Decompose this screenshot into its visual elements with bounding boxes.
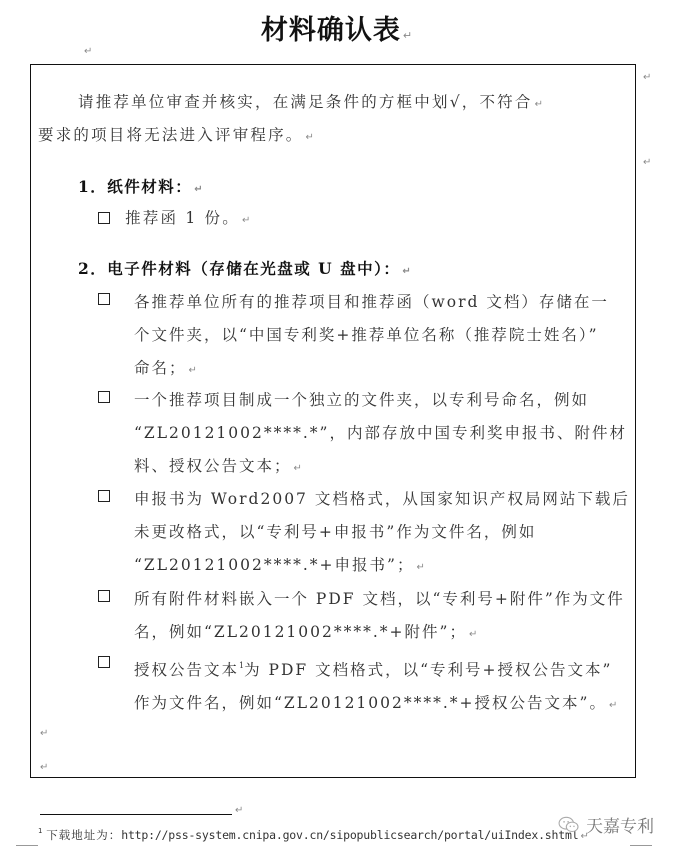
checkbox[interactable] xyxy=(98,293,110,305)
section-heading-electronic: 2．电子件材料（存储在光盘或 U 盘中）：↵ xyxy=(78,257,412,279)
wechat-icon xyxy=(558,816,580,834)
return-mark: ↵ xyxy=(40,762,48,773)
return-mark: ↵ xyxy=(643,72,651,83)
watermark-text: 天嘉专利 xyxy=(586,812,654,837)
return-mark: ↵ xyxy=(84,46,92,57)
return-mark: ↵ xyxy=(235,805,243,816)
footnote-label: 下载地址为： xyxy=(46,828,121,842)
footnote-separator xyxy=(40,814,232,815)
footnote-url[interactable]: http://pss-system.cnipa.gov.cn/sipopubli… xyxy=(121,828,578,842)
title-text: 材料确认表 xyxy=(261,15,401,46)
checkbox[interactable] xyxy=(98,590,110,602)
watermark: 天嘉专利 xyxy=(558,812,654,837)
return-mark: ↵ xyxy=(403,29,413,42)
checkbox[interactable] xyxy=(98,212,110,224)
page-edge-mark xyxy=(630,845,652,846)
intro-line-1: 请推荐单位审查并核实，在满足条件的方框中划√，不符合↵ xyxy=(78,90,545,112)
section-heading-paper: 1．纸件材料：↵ xyxy=(78,175,204,197)
checkbox[interactable] xyxy=(98,656,110,668)
page-edge-mark xyxy=(16,845,38,846)
checkbox[interactable] xyxy=(98,490,110,502)
document-title: 材料确认表↵ xyxy=(0,8,674,47)
list-item: 推荐函 1 份。↵ xyxy=(98,206,253,228)
return-mark: ↵ xyxy=(643,157,651,168)
footnote-number: 1 xyxy=(38,827,42,835)
return-mark: ↵ xyxy=(40,728,48,739)
footnote: 1下载地址为：http://pss-system.cnipa.gov.cn/si… xyxy=(38,827,589,843)
checkbox[interactable] xyxy=(98,391,110,403)
intro-line-2: 要求的项目将无法进入评审程序。↵ xyxy=(38,123,316,145)
